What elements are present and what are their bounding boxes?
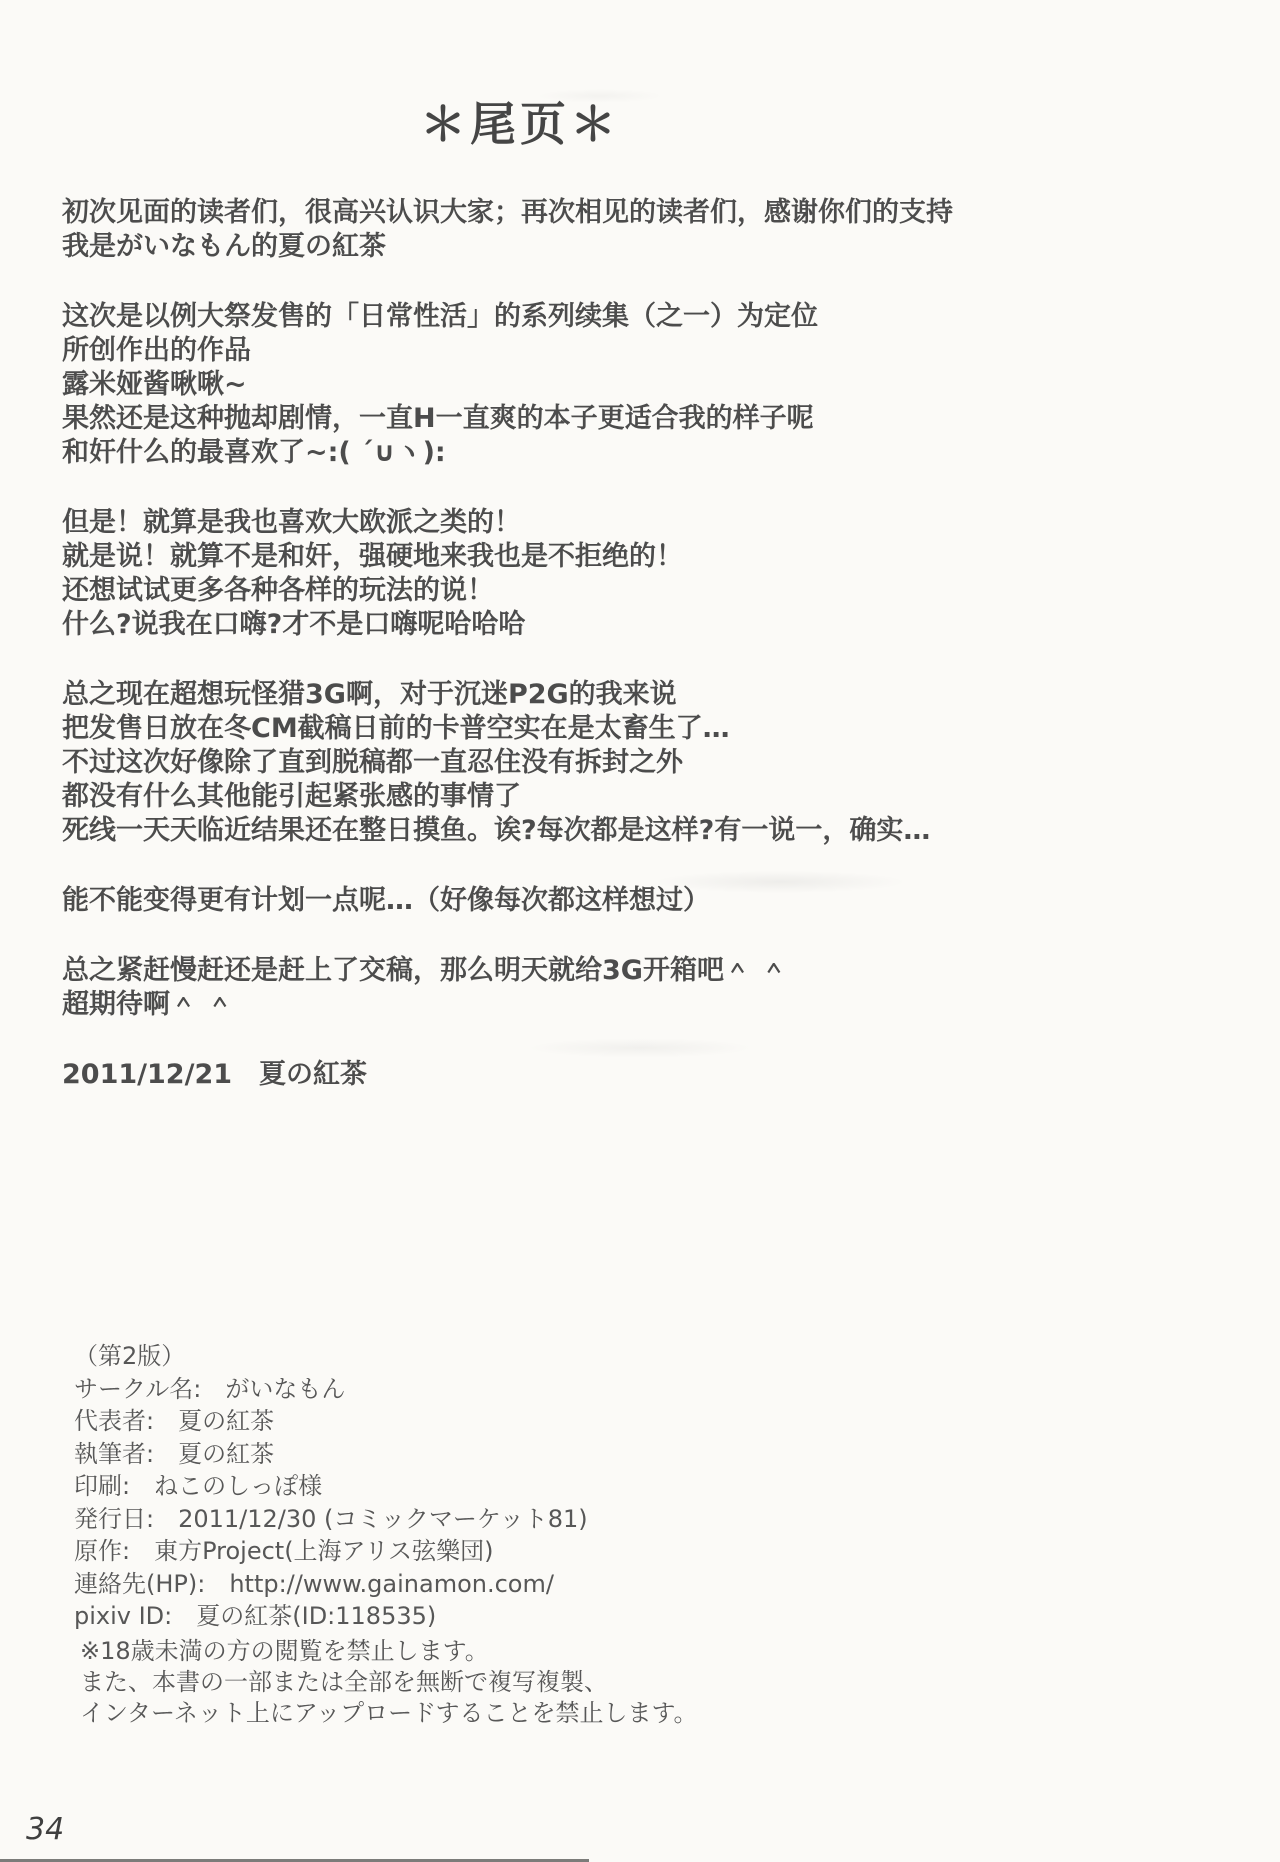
page-number: 34 — [26, 1812, 64, 1847]
afterword-line: 不过这次好像除了直到脱稿都一直忍住没有拆封之外 — [62, 746, 1042, 780]
afterword-line: 露米娅酱啾啾~ — [62, 368, 1042, 402]
colophon: （第2版） サークル名: がいなもん 代表者: 夏の紅茶 執筆者: 夏の紅茶 印… — [74, 1340, 588, 1633]
afterword-line: 初次见面的读者们，很高兴认识大家；再次相见的读者们，感谢你们的支持 — [62, 196, 1042, 230]
afterword-line: 能不能变得更有计划一点呢…（好像每次都这样想过） — [62, 884, 1042, 918]
scanned-afterword-page: ＊尾页＊ 初次见面的读者们，很高兴认识大家；再次相见的读者们，感谢你们的支持 我… — [0, 0, 1280, 1862]
afterword-line: 总之现在超想玩怪猎3G啊，对于沉迷P2G的我来说 — [62, 678, 1042, 712]
notice-line: インターネット上にアップロードすることを禁止します。 — [80, 1698, 698, 1729]
colophon-line-representative: 代表者: 夏の紅茶 — [74, 1405, 588, 1438]
notice-line: ※18歳未満の方の閲覧を禁止します。 — [80, 1636, 698, 1667]
afterword-line: 什么?说我在口嗨?才不是口嗨呢哈哈哈 — [62, 608, 1042, 642]
colophon-line-circle: サークル名: がいなもん — [74, 1373, 588, 1406]
afterword-line: 把发售日放在冬CM截稿日前的卡普空实在是太畜生了… — [62, 712, 1042, 746]
afterword-line: 超期待啊＾ ＾ — [62, 988, 1042, 1022]
afterword-line: 还想试试更多各种各样的玩法的说！ — [62, 574, 1042, 608]
afterword-paragraph: 总之紧赶慢赶还是赶上了交稿，那么明天就给3G开箱吧＾ ＾ 超期待啊＾ ＾ — [62, 954, 1042, 1022]
afterword-paragraph: 初次见面的读者们，很高兴认识大家；再次相见的读者们，感谢你们的支持 我是がいなも… — [62, 196, 1042, 264]
afterword-paragraph: 总之现在超想玩怪猎3G啊，对于沉迷P2G的我来说 把发售日放在冬CM截稿日前的卡… — [62, 678, 1042, 848]
afterword-paragraph: 但是！就算是我也喜欢大欧派之类的！ 就是说！就算不是和奸，强硬地来我也是不拒绝的… — [62, 506, 1042, 642]
afterword-paragraph: 能不能变得更有计划一点呢…（好像每次都这样想过） — [62, 884, 1042, 918]
afterword-line: 和奸什么的最喜欢了~:( ´∪ヽ): — [62, 436, 1042, 470]
afterword-line: 所创作出的作品 — [62, 334, 1042, 368]
date-signature: 2011/12/21 夏の紅茶 — [62, 1058, 1042, 1092]
colophon-line-printer: 印刷: ねこのしっぽ様 — [74, 1470, 588, 1503]
colophon-line-original-work: 原作: 東方Project(上海アリス弦樂団) — [74, 1535, 588, 1568]
colophon-line-publish-date: 発行日: 2011/12/30 (コミックマーケット81) — [74, 1503, 588, 1536]
afterword-line: 死线一天天临近结果还在整日摸鱼。诶?每次都是这样?有一说一，确实… — [62, 814, 1042, 848]
afterword-line: 果然还是这种抛却剧情，一直H一直爽的本子更适合我的样子呢 — [62, 402, 1042, 436]
afterword-line: 总之紧赶慢赶还是赶上了交稿，那么明天就给3G开箱吧＾ ＾ — [62, 954, 1042, 988]
colophon-line-author: 執筆者: 夏の紅茶 — [74, 1438, 588, 1471]
afterword-line: 都没有什么其他能引起紧张感的事情了 — [62, 780, 1042, 814]
afterword-line: 这次是以例大祭发售的「日常性活」的系列续集（之一）为定位 — [62, 300, 1042, 334]
afterword-line: 就是说！就算不是和奸，强硬地来我也是不拒绝的！ — [62, 540, 1042, 574]
colophon-line-pixiv-id: pixiv ID: 夏の紅茶(ID:118535) — [74, 1600, 588, 1633]
colophon-line-contact-url: 連絡先(HP): http://www.gainamon.com/ — [74, 1568, 588, 1601]
afterword-paragraph: 这次是以例大祭发售的「日常性活」的系列续集（之一）为定位 所创作出的作品 露米娅… — [62, 300, 1042, 470]
colophon-line-edition: （第2版） — [74, 1340, 588, 1373]
age-restriction-notice: ※18歳未満の方の閲覧を禁止します。 また、本書の一部または全部を無断で複写複製… — [80, 1636, 698, 1729]
afterword-line: 我是がいなもん的夏の紅茶 — [62, 230, 1042, 264]
notice-line: また、本書の一部または全部を無断で複写複製、 — [80, 1667, 698, 1698]
page-title: ＊尾页＊ — [0, 0, 1040, 154]
afterword-body: 初次见面的读者们，很高兴认识大家；再次相见的读者们，感谢你们的支持 我是がいなも… — [62, 196, 1042, 1092]
afterword-line: 但是！就算是我也喜欢大欧派之类的！ — [62, 506, 1042, 540]
